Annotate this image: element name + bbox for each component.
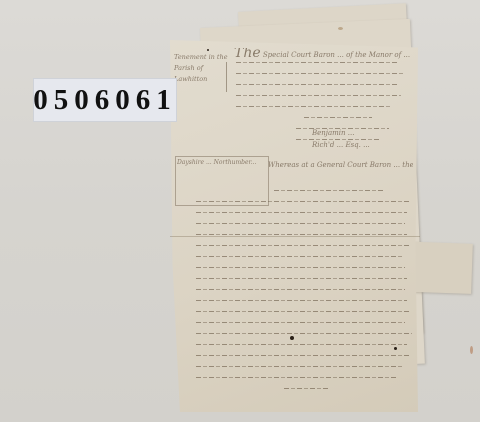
catalog-number: 0506061 [33,84,177,117]
ink-blot [394,347,397,350]
signature-2: Rich'd ... Esq. ... [312,140,402,151]
heading-initial: The [234,48,261,61]
paper-stain [338,27,343,30]
document-heading: The Special Court Baron ... of the Manor… [234,48,416,61]
left-box-text: Dayshire ... Northumber... [177,158,265,168]
handwritten-lines-bottom [196,300,416,399]
body-text-start: Whereas at a General Court Baron ... the… [268,160,413,171]
heading-text: Special Court Baron ... of the Manor of … [263,51,410,59]
ink-blot [207,49,209,51]
ink-blot [290,336,294,340]
margin-bracket [226,62,231,92]
signature-1: Benjamin ... [312,128,402,139]
handwritten-lines-middle [196,190,414,300]
catalog-number-label: 0506061 [33,78,177,122]
paper-stain [470,346,473,354]
margin-note: Tenement in the Parish of Lawhitton [174,52,228,85]
